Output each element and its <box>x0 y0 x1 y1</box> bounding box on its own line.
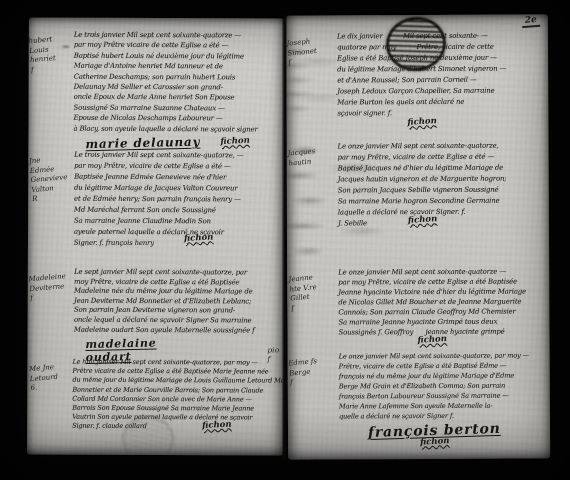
vicar-signature: fichon <box>417 334 447 346</box>
baptism-entry: Jeanne hte V.re Gillet f Le onze janvier… <box>291 266 547 349</box>
signature-row: fichon <box>202 424 284 434</box>
folio-number: 2e <box>521 15 540 28</box>
register-page-right: 2e Joseph Simonet f Le dix janvier Mil s… <box>286 14 550 459</box>
signature-row: marie delaunay fichon <box>85 136 257 151</box>
signature-row: fichon <box>184 237 243 247</box>
margin-note: Jne Edmée Genevieve Valton R <box>28 148 73 248</box>
baptism-entry: Jne Edmée Genevieve Valton R Le trois ja… <box>32 149 282 247</box>
vicar-signature: fichon <box>407 116 437 128</box>
signature: marie delaunay <box>85 135 200 152</box>
faint-ink-stamp-icon <box>122 416 174 456</box>
baptism-entry: Madeleine Deviterne f Le sept janvier Mi… <box>31 267 281 363</box>
margin-note: Edme fs Berge f <box>287 350 338 453</box>
baptism-entry: hubert Louis henriet f Le trois janvier … <box>32 29 283 150</box>
margin-note: Jeanne hte V.re Gillet f <box>288 266 337 352</box>
baptism-entry: Edme fs Berge f Le onze janvier Mil sept… <box>292 350 549 451</box>
entry-text: Le dix janvier Mil sept cent soixante- —… <box>337 31 507 120</box>
entry-text: Le huit janvier Mil sept cent soixante-q… <box>72 358 285 433</box>
margin-note: Me Jne Letourd 6. <box>28 356 70 434</box>
entry-text: Le sept janvier Mil sept cent soixante-q… <box>74 268 282 336</box>
entry-content: Le sept janvier Mil sept cent soixante-q… <box>74 268 282 364</box>
baptism-entry: Joseph Simonet f Le dix janvier Mil sept… <box>290 30 547 131</box>
vicar-signature: fichon <box>184 232 214 243</box>
entry-content: Le onze janvier Mil sept cent soixante-q… <box>337 141 506 230</box>
register-page-left: hubert Louis henriet f Le trois janvier … <box>27 17 285 455</box>
margin-note: Madeleine Deviterne f <box>28 266 73 364</box>
signature-row: fichon <box>339 338 527 349</box>
entry-text: Le trois janvier Mil sept cent soixante-… <box>73 30 258 135</box>
entry-content: Le dix janvier Mil sept cent soixante- —… <box>337 31 507 132</box>
entry-text: Le trois janvier Mil sept cent soixante-… <box>74 150 244 250</box>
binding-gutter <box>282 14 287 462</box>
entry-content: Le onze janvier Mil sept cent soixante-q… <box>338 266 526 349</box>
margin-note: hubert Louis henriet f <box>28 28 74 151</box>
vicar-signature: fichon <box>220 136 250 147</box>
entry-content: Le trois janvier Mil sept cent soixante-… <box>73 30 258 151</box>
entry-content: Le onze janvier Mil sept cent soixante-q… <box>339 350 530 451</box>
signature-row: fichon <box>337 121 506 132</box>
margin-note: Joseph Simonet f <box>286 30 337 133</box>
entry-content: Le trois janvier Mil sept cent soixante-… <box>74 150 244 248</box>
vicar-signature: fichon <box>202 419 232 430</box>
entry-text: Le onze janvier Mil sept cent soixante-q… <box>339 350 530 421</box>
signature-row: fichon <box>339 440 529 451</box>
entry-content: Le huit janvier Mil sept cent soixante-q… <box>72 358 285 435</box>
vicar-signature: fichon <box>419 436 449 448</box>
register-scan-photo: hubert Louis henriet f Le trois janvier … <box>0 0 570 480</box>
entry-text: Le onze janvier Mil sept cent soixante-q… <box>338 266 526 337</box>
margin-note: Jacques hautin <box>287 140 337 232</box>
vicar-signature: fichon <box>407 214 437 226</box>
baptism-entry: Jacques hautin Le onze janvier Mil sept … <box>290 140 546 229</box>
